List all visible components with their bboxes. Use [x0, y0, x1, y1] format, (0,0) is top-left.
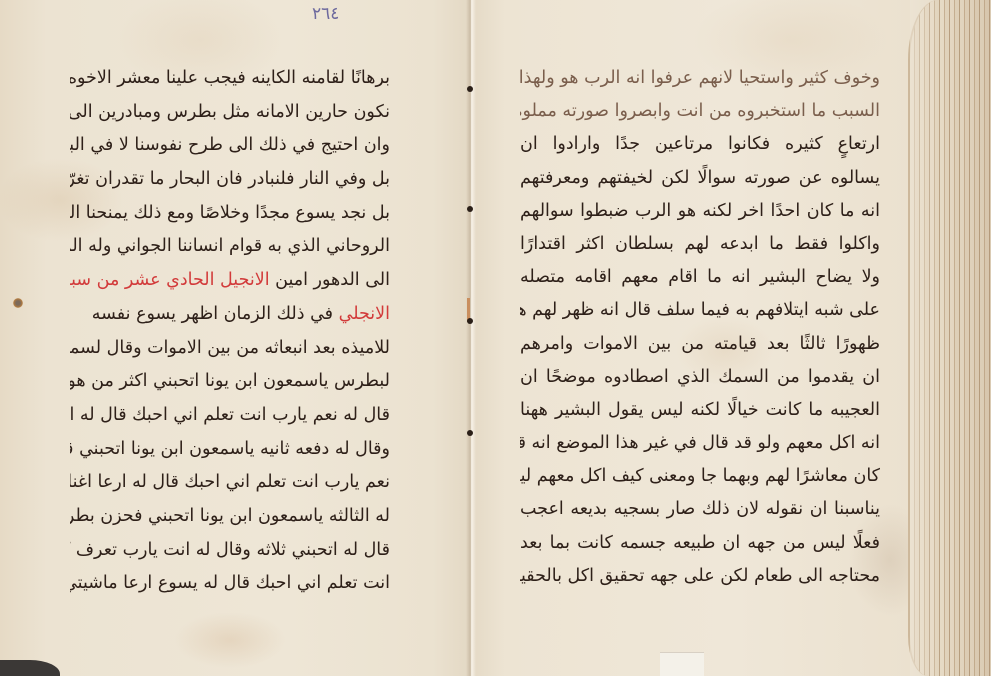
- text-line: على شبه ايتلافهم به فيما سلف قال انه ظهر…: [520, 294, 880, 327]
- text-line: انه اكل معهم ولو قد قال في غير هذا الموض…: [520, 427, 880, 460]
- text-line: بل وفي النار فلنبادر فان البحار ما تقدرا…: [70, 163, 390, 197]
- text-line-with-rubric: الى الدهور امين الانجيل الحادي عشر من سب…: [70, 264, 390, 298]
- text-line: ان يقدموا من السمك الذي اصطادوه موضحًا ا…: [520, 361, 880, 394]
- binding-stitch-hole: [467, 318, 473, 324]
- text-line: الروحاني الذي به قوام انساننا الجواني ول…: [70, 230, 390, 264]
- text-line: للاميذه بعد انبعاثه من بين الاموات وقال …: [70, 332, 390, 366]
- right-page-text: وخوف كثير واستحيا لانهم عرفوا انه الرب ه…: [520, 62, 880, 593]
- text-line: واكلوا فقط ما ابدعه لهم بسلطان اكثر اقتد…: [520, 228, 880, 261]
- text-line-with-rubric: الانجلي في ذلك الزمان اظهر يسوع نفسه: [70, 298, 390, 332]
- text-line: نعم يارب انت تعلم اني احبك قال له ارعا ا…: [70, 466, 390, 500]
- text-line: قال له اتحبني ثلاثه وقال له انت يارب تعر…: [70, 534, 390, 568]
- folio-number: ٢٦٤: [312, 4, 339, 24]
- text-line: لبطرس ياسمعون ابن يونا اتحبني اكثر من هو…: [70, 365, 390, 399]
- worm-hole: [13, 298, 23, 308]
- binding-stitch-hole: [467, 430, 473, 436]
- text-line: ولا يضاح البشير انه ما اقام معهم اقامه م…: [520, 261, 880, 294]
- text-line: برهانًا لقامنه الكاينه فيجب علينا معشر ا…: [70, 62, 390, 96]
- text-line: كان معاشرًا لهم وبهما جا ومعنى كيف اكل م…: [520, 460, 880, 493]
- text-line: وان احتيج في ذلك الى طرح نفوسنا لا في ال…: [70, 129, 390, 163]
- binding-gutter: [466, 0, 476, 676]
- text-line: وقال له دفعه ثانيه ياسمعون ابن يونا اتحب…: [70, 433, 390, 467]
- text-line: ظهورًا ثالثًا بعد قيامته من بين الاموات …: [520, 328, 880, 361]
- page-edges-stack: [908, 0, 991, 676]
- text-line: فعلًا ليس من جهه ان طبيعه جسمه كانت بما …: [520, 527, 880, 560]
- manuscript-spread: ٢٦٤ برهانًا لقامنه الكاينه فيجب علينا مع…: [0, 0, 991, 676]
- rubric-heading: الانجلي: [339, 304, 390, 324]
- text-line: له الثالثه ياسمعون ابن يونا اتحبني فحزن …: [70, 500, 390, 534]
- text-line: العجيبه ما كانت خيالًا لكنه ليس يقول الب…: [520, 394, 880, 427]
- text-line: بل نجد يسوع مجدًا وخلاصًا ومع ذلك يمنحنا…: [70, 197, 390, 231]
- text-line: ارتعاعٍ كثيره فكانوا مرتاعين جدًا وارادو…: [520, 128, 880, 161]
- text-line: محتاجه الى طعام لكن على جهه تحقيق اكل با…: [520, 560, 880, 593]
- left-page-text: برهانًا لقامنه الكاينه فيجب علينا معشر ا…: [70, 62, 390, 601]
- text-line: يسالوه عن صورته سوالًا لكن لخيفتهم ومعرف…: [520, 162, 880, 195]
- binding-stitch-hole: [467, 86, 473, 92]
- text-line: السبب ما استخبروه من انت وابصروا صورته م…: [520, 95, 880, 128]
- binding-stitch-hole: [467, 206, 473, 212]
- text-line: يناسبنا ان نقوله لان ذلك صار بسجيه بديعه…: [520, 493, 880, 526]
- text-line: قال له نعم يارب انت تعلم اني احبك قال له…: [70, 399, 390, 433]
- repair-tape: [660, 652, 704, 676]
- text-line: انه ما كان احدًا اخر لكنه هو الرب ضبطوا …: [520, 195, 880, 228]
- text-line: انت تعلم اني احبك قال له يسوع ارعا ماشيت…: [70, 567, 390, 601]
- text-line: وخوف كثير واستحيا لانهم عرفوا انه الرب ه…: [520, 62, 880, 95]
- text-line: نكون حارين الامانه مثل بطرس ومبادرين الى…: [70, 96, 390, 130]
- rubric-heading: الانجيل الحادي عشر من سباره يوحنا: [70, 270, 270, 290]
